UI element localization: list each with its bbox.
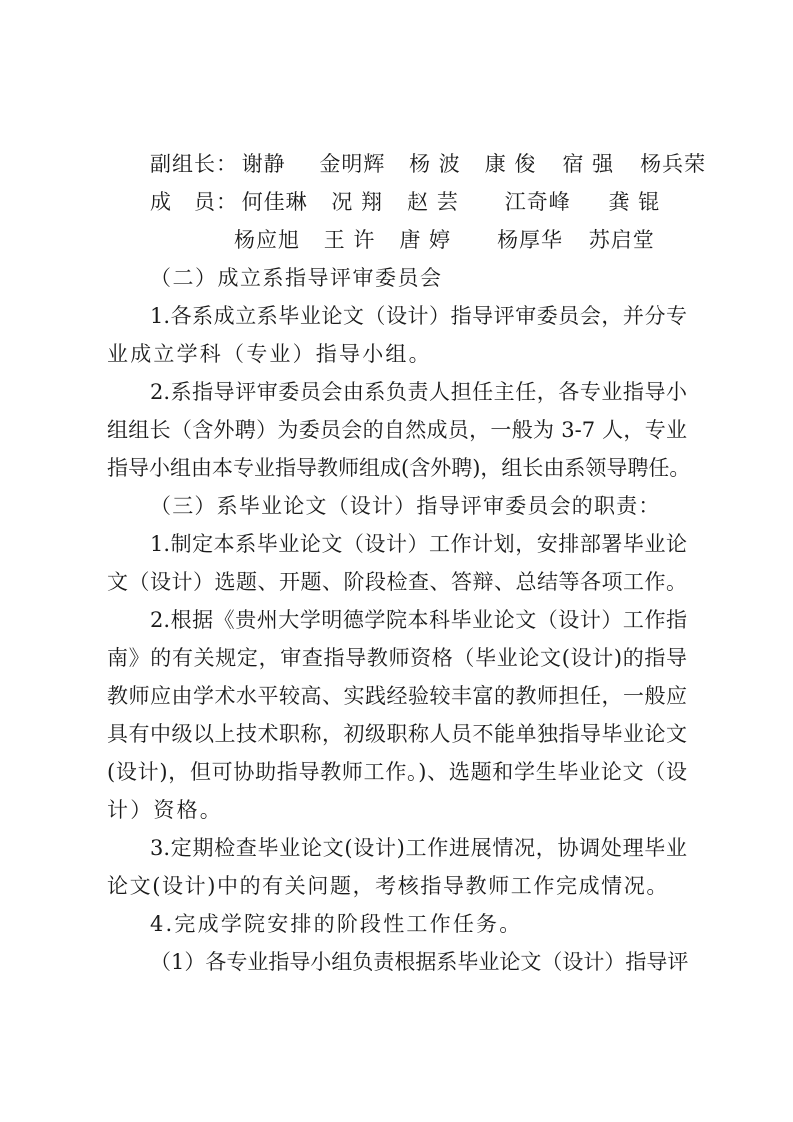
paragraph-line: 2.根据《贵州大学明德学院本科毕业论文（设计）工作指 [150,608,687,632]
paragraph-line: 业成立学科（专业）指导小组。 [107,342,432,366]
member-name: 江奇峰 [505,190,601,214]
member-name: 何佳琳 [242,190,324,214]
member-name: 唐 婷 [399,228,489,252]
paragraph-line: 3.定期检查毕业论文(设计)工作进展情况，协调处理毕业 [150,836,687,860]
member-name: 况 翔 [331,190,399,214]
members-row-1: 成 员： 何佳琳 况 翔 赵 芸 江奇峰 龚 锟 [150,190,660,214]
paragraph-line: 指导小组由本专业指导教师组成(含外聘)，组长由系领导聘任。 [107,456,687,480]
vice-leader-name: 杨兵荣 [640,152,706,176]
paragraph-line: 文（设计）选题、开题、阶段检查、答辩、总结等各项工作。 [107,570,687,594]
section-heading-2: （二）成立系指导评审委员会 [150,266,443,290]
section-heading-3: （三）系毕业论文（设计）指导评审委员会的职责： [150,494,661,518]
vice-leaders-label: 副组长： [150,152,234,176]
member-name: 赵 芸 [407,190,497,214]
paragraph-line: 组组长（含外聘）为委员会的自然成员，一般为 3-7 人，专业 [107,418,687,442]
members-label: 成 员： [150,190,234,214]
members-row-2: 杨应旭 王 许 唐 婷 杨厚华 苏启堂 [234,228,655,252]
paragraph-line: 具有中级以上技术职称，初级职称人员不能单独指导毕业论文 [107,722,687,746]
paragraph-line: (设计)，但可协助指导教师工作。)、选题和学生毕业论文（设 [107,760,687,784]
member-name: 龚 锟 [608,190,660,214]
vice-leader-name: 康 俊 [485,152,555,176]
paragraph-line: 2.系指导评审委员会由系负责人担任主任，各专业指导小 [150,380,687,404]
document-page: 副组长： 谢静 金明辉 杨 波 康 俊 宿 强 杨兵荣 成 员： 何佳琳 况 翔… [0,0,793,1122]
member-name: 杨厚华 [497,228,581,252]
vice-leader-name: 金明辉 [319,152,401,176]
paragraph-line: 计）资格。 [107,798,223,822]
paragraph-line: 教师应由学术水平较高、实践经验较丰富的教师担任，一般应 [107,684,687,708]
member-name: 苏启堂 [589,228,655,252]
paragraph-line: 1.制定本系毕业论文（设计）工作计划，安排部署毕业论 [150,532,687,556]
paragraph-line: 1.各系成立系毕业论文（设计）指导评审委员会，并分专 [150,304,687,328]
paragraph-line: （1）各专业指导小组负责根据系毕业论文（设计）指导评 [150,950,687,974]
vice-leaders-row: 副组长： 谢静 金明辉 杨 波 康 俊 宿 强 杨兵荣 [150,152,706,176]
member-name: 杨应旭 [234,228,316,252]
vice-leader-name: 谢静 [242,152,312,176]
paragraph-line: 南》的有关规定，审查指导教师资格（毕业论文(设计)的指导 [107,646,687,670]
vice-leader-name: 杨 波 [409,152,477,176]
vice-leader-name: 宿 强 [562,152,632,176]
paragraph-line: 4.完成学院安排的阶段性工作任务。 [150,912,522,936]
member-name: 王 许 [324,228,392,252]
paragraph-line: 论文(设计)中的有关问题，考核指导教师工作完成情况。 [107,874,669,898]
